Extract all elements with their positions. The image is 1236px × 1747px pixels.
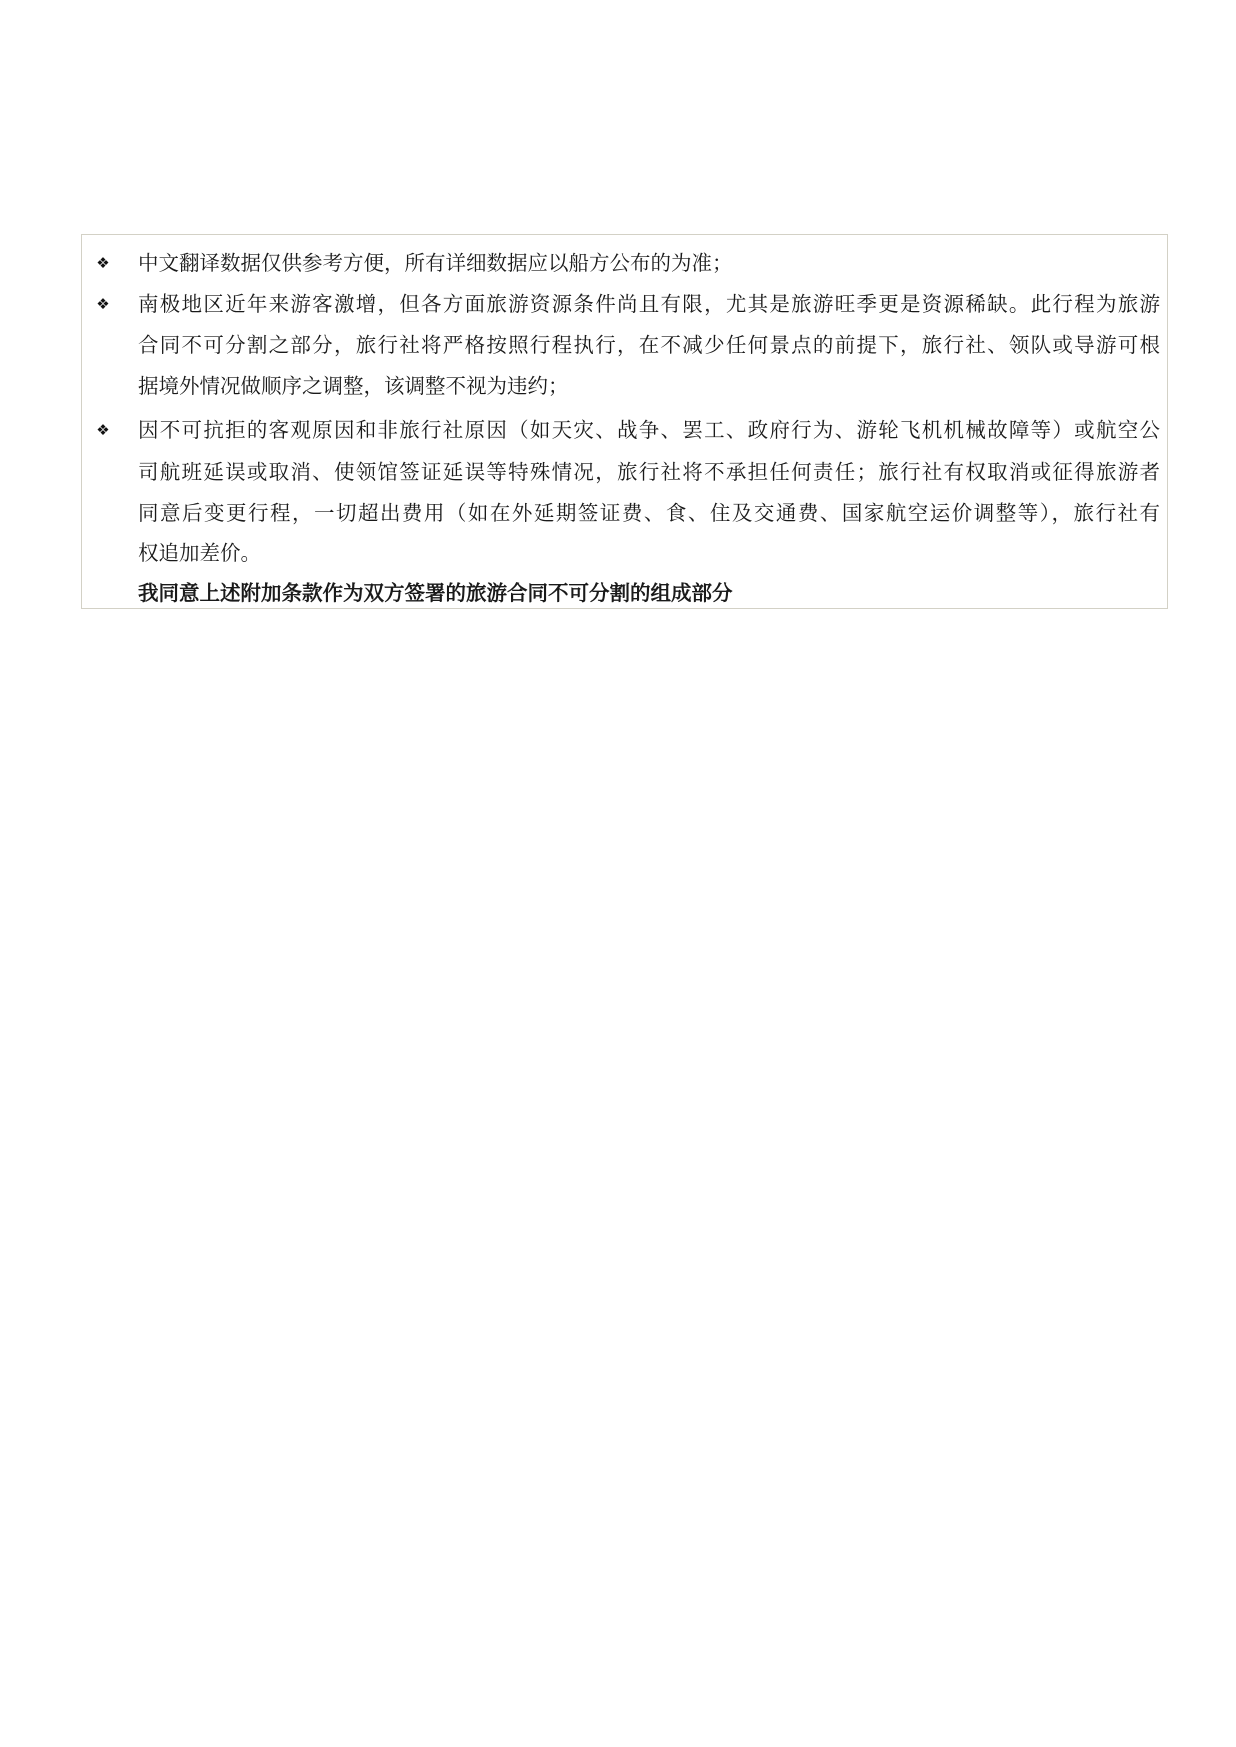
term-item-3-line-3: 同意后变更行程，一切超出费用（如在外延期签证费、食、住及交通费、国家航空运价调整… — [138, 493, 1160, 534]
diamond-bullet-icon: ❖ — [95, 243, 111, 284]
agreement-statement: 我同意上述附加条款作为双方签署的旅游合同不可分割的组成部分 — [138, 573, 1160, 614]
term-item-3-line-1: 因不可抗拒的客观原因和非旅行社原因（如天灾、战争、罢工、政府行为、游轮飞机机械故… — [138, 410, 1160, 451]
terms-notice-box: ❖ 中文翻译数据仅供参考方便，所有详细数据应以船方公布的为准； ❖ 南极地区近年… — [81, 234, 1168, 609]
term-item-2-line-2: 合同不可分割之部分，旅行社将严格按照行程执行，在不减少任何景点的前提下，旅行社、… — [138, 325, 1160, 366]
term-item-2-line-3: 据境外情况做顺序之调整，该调整不视为违约； — [138, 366, 1160, 407]
term-item-2-line-1: 南极地区近年来游客激增，但各方面旅游资源条件尚且有限，尤其是旅游旺季更是资源稀缺… — [138, 284, 1160, 325]
term-item-1-line-1: 中文翻译数据仅供参考方便，所有详细数据应以船方公布的为准； — [138, 243, 1160, 284]
term-item-3-line-4: 权追加差价。 — [138, 533, 1160, 574]
diamond-bullet-icon: ❖ — [95, 284, 111, 325]
diamond-bullet-icon: ❖ — [95, 410, 111, 451]
term-item-3-line-2: 司航班延误或取消、使领馆签证延误等特殊情况，旅行社将不承担任何责任；旅行社有权取… — [138, 452, 1160, 493]
